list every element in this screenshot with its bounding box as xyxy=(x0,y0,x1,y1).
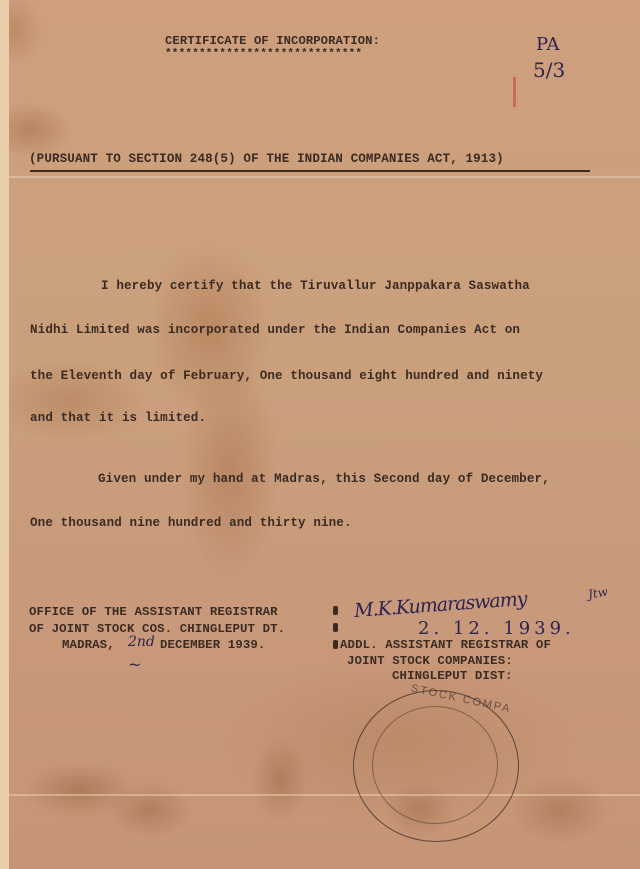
office-line-3: MADRAS, DECEMBER 1939. xyxy=(62,638,265,652)
certificate-title: CERTIFICATE OF INCORPORATION: xyxy=(165,34,380,48)
reference-mark-number: 5/3 xyxy=(533,58,565,82)
registrar-line-2: JOINT STOCK COMPANIES: xyxy=(347,654,513,668)
paper-edge xyxy=(0,0,9,869)
body-line-3: the Eleventh day of February, One thousa… xyxy=(30,369,543,383)
official-seal-inner-ring xyxy=(372,706,498,824)
paper-fold xyxy=(0,176,640,178)
office-line-2: OF JOINT STOCK COS. CHINGLEPUT DT. xyxy=(29,622,285,636)
body-line-6: One thousand nine hundred and thirty nin… xyxy=(30,516,352,530)
body-line-2: Nidhi Limited was incorporated under the… xyxy=(30,323,520,337)
signature-date: 2. 12. 1939. xyxy=(418,618,575,639)
separator-mark xyxy=(333,606,338,615)
body-line-4: and that it is limited. xyxy=(30,411,206,425)
separator-mark xyxy=(333,640,338,649)
certificate-page: CERTIFICATE OF INCORPORATION: **********… xyxy=(0,0,640,869)
title-underline-stars: ***************************** xyxy=(165,48,362,60)
pursuant-underline xyxy=(30,170,590,172)
office-line-1: OFFICE OF THE ASSISTANT REGISTRAR xyxy=(29,605,278,619)
body-line-1: I hereby certify that the Tiruvallur Jan… xyxy=(101,279,530,293)
registrar-line-3: CHINGLEPUT DIST: xyxy=(392,669,513,683)
signature-suffix: Jtw xyxy=(587,584,609,601)
reference-mark-pa: PA xyxy=(536,34,559,55)
signature: M.K.Kumaraswamy xyxy=(353,588,527,622)
handwritten-tick-mark: ~ xyxy=(128,655,141,674)
body-line-5: Given under my hand at Madras, this Seco… xyxy=(98,472,550,486)
handwritten-day: 2nd xyxy=(128,634,155,650)
registrar-line-1: ADDL. ASSISTANT REGISTRAR OF xyxy=(340,638,551,652)
paper-fold xyxy=(0,794,640,796)
separator-mark xyxy=(333,623,338,632)
red-pencil-mark xyxy=(513,77,516,107)
pursuant-heading: (PURSUANT TO SECTION 248(5) OF THE INDIA… xyxy=(29,152,504,166)
